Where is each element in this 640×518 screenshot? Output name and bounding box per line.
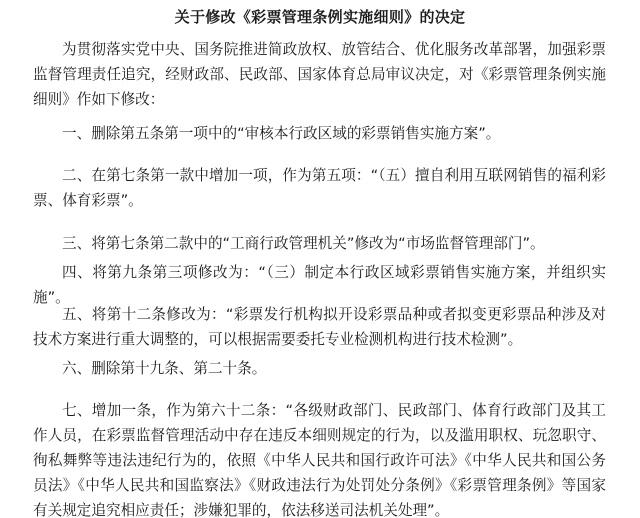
amendment-item-6: 六、删除第十九条、第二十条。 bbox=[33, 356, 606, 381]
amendment-item-3: 三、将第七条第二款中的“工商行政管理机关”修改为“市场监督管理部门”。 bbox=[33, 231, 606, 256]
document-page: 关于修改《彩票管理条例实施细则》的决定 为贯彻落实党中央、国务院推进简政放权、放… bbox=[0, 0, 640, 518]
document-title: 关于修改《彩票管理条例实施细则》的决定 bbox=[0, 6, 640, 27]
intro-paragraph: 为贯彻落实党中央、国务院推进简政放权、放管结合、优化服务改革部署，加强彩票监督管… bbox=[33, 37, 606, 112]
amendment-item-5: 五、将第十二条修改为：“彩票发行机构拟开设彩票品种或者拟变更彩票品种涉及对技术方… bbox=[33, 302, 606, 352]
amendment-item-7: 七、增加一条，作为第六十二条：“各级财政部门、民政部门、体育行政部门及其工作人员… bbox=[33, 398, 606, 518]
amendment-item-1: 一、删除第五条第一项中的“审核本行政区域的彩票销售实施方案”。 bbox=[33, 121, 606, 146]
amendment-item-2: 二、在第七条第一款中增加一项，作为第五项：“（五）擅自利用互联网销售的福利彩票、… bbox=[33, 163, 606, 213]
